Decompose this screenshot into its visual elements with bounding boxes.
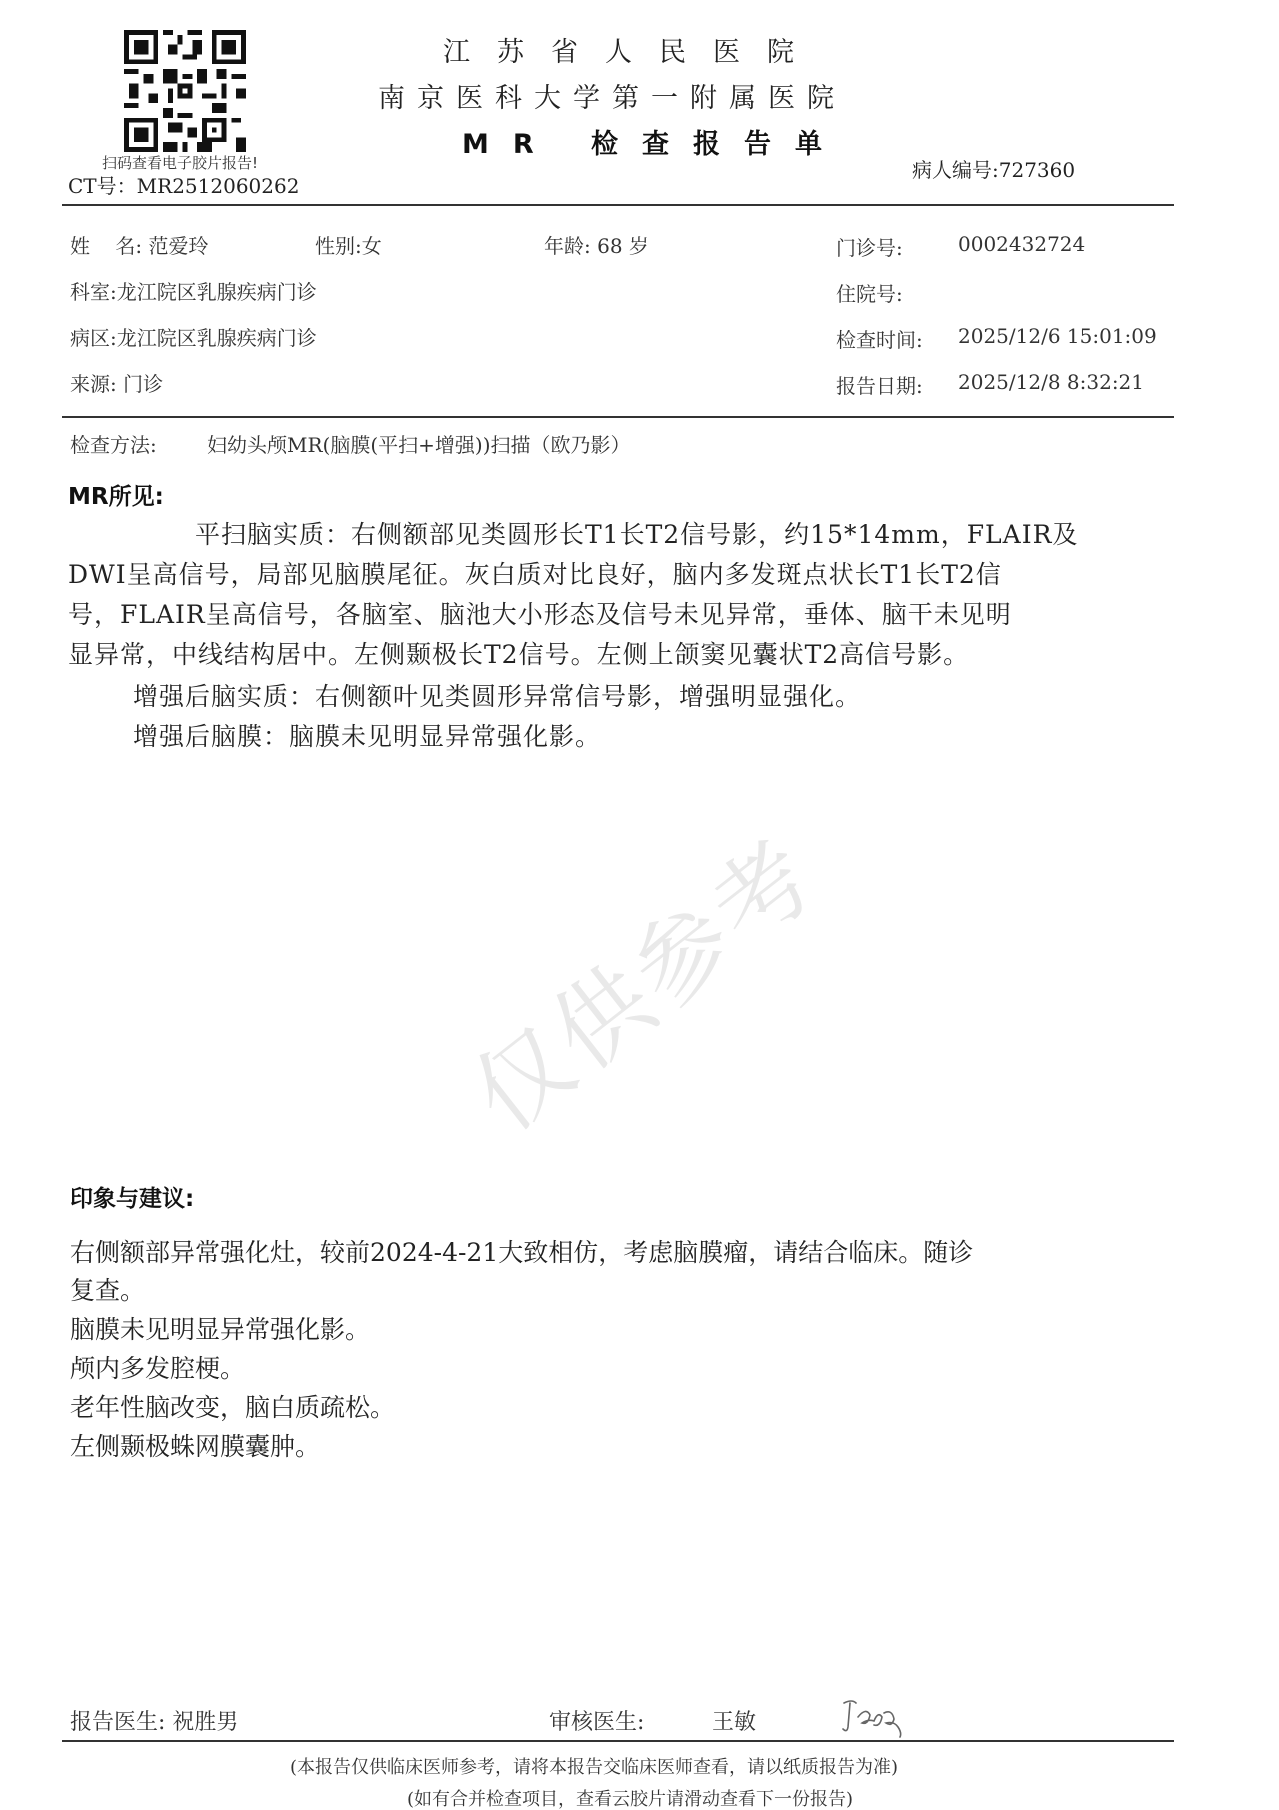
exam-time-label: 检查时间: <box>836 324 923 353</box>
findings-line: DWI呈高信号，局部见脑膜尾征。灰白质对比良好，脑内多发斑点状长T1长T2信 <box>68 555 1002 591</box>
footer-note-2: (如有合并检查项目，查看云胶片请滑动查看下一份报告) <box>407 1785 853 1810</box>
age-value: 68 岁 <box>597 234 649 258</box>
header-divider <box>62 204 1174 206</box>
signature-icon <box>838 1697 908 1739</box>
department-field: 科室:龙江院区乳腺疾病门诊 <box>70 276 317 305</box>
gender-value: 女 <box>362 234 382 258</box>
patient-name-label: 姓 名: <box>70 234 142 258</box>
impression-line: 颅内多发腔梗。 <box>70 1349 245 1385</box>
impression-heading: 印象与建议: <box>70 1180 194 1213</box>
findings-line: 显异常，中线结构居中。左侧颞极长T2信号。左侧上颌窦见囊状T2高信号影。 <box>68 635 969 671</box>
age-label: 年龄: <box>544 234 591 258</box>
findings-line: 增强后脑膜：脑膜未见明显异常强化影。 <box>133 717 601 753</box>
patient-id: 病人编号:727360 <box>912 154 1075 183</box>
source-value: 门诊 <box>123 372 163 396</box>
ct-number-value: MR2512060262 <box>137 174 300 198</box>
ct-number-label: CT号： <box>68 174 137 198</box>
source-label: 来源: <box>70 372 117 396</box>
patient-id-label: 病人编号: <box>912 158 999 182</box>
reporting-doctor: 报告医生: 祝胜男 <box>70 1705 238 1736</box>
department-value: 龙江院区乳腺疾病门诊 <box>117 280 317 304</box>
report-date-value: 2025/12/8 8:32:21 <box>958 370 1144 394</box>
patient-name-value: 范爱玲 <box>149 234 209 258</box>
qr-code-icon[interactable] <box>123 30 247 152</box>
footer-note-1: (本报告仅供临床医师参考，请将本报告交临床医师查看，请以纸质报告为准) <box>290 1753 898 1779</box>
inpatient-no-label: 住院号: <box>836 278 903 307</box>
outpatient-no-value: 0002432724 <box>958 232 1085 256</box>
reviewing-doctor-label: 审核医生: <box>549 1705 644 1736</box>
reviewing-doctor-name: 王敏 <box>712 1705 756 1736</box>
reporting-doctor-name: 祝胜男 <box>172 1710 238 1735</box>
impression-line: 左侧颞极蛛网膜囊肿。 <box>70 1427 320 1463</box>
impression-line: 右侧额部异常强化灶，较前2024-4-21大致相仿，考虑脑膜瘤，请结合临床。随诊 <box>70 1233 973 1269</box>
exam-method-value: 妇幼头颅MR(脑膜(平扫+增强))扫描（欧乃影） <box>207 429 631 458</box>
findings-line: 增强后脑实质：右侧额叶见类圆形异常信号影，增强明显强化。 <box>133 677 861 713</box>
footer-divider <box>62 1740 1174 1742</box>
exam-time-value: 2025/12/6 15:01:09 <box>958 324 1157 348</box>
department-label: 科室: <box>70 280 117 304</box>
report-title: MR 检查报告单 <box>462 122 846 161</box>
impression-line: 复查。 <box>70 1271 145 1307</box>
source-field: 来源: 门诊 <box>70 368 163 397</box>
ward-value: 龙江院区乳腺疾病门诊 <box>117 326 317 350</box>
patient-name-field: 姓 名: 范爱玲 <box>70 230 209 259</box>
hospital-subname: 南京医科大学第一附属医院 <box>378 76 846 115</box>
outpatient-no-label: 门诊号: <box>836 232 903 261</box>
hospital-name: 江苏省人民医院 <box>443 30 821 69</box>
ct-number: CT号：MR2512060262 <box>68 170 299 199</box>
age-field: 年龄: 68 岁 <box>544 230 649 259</box>
info-divider <box>62 416 1174 418</box>
impression-line: 老年性脑改变，脑白质疏松。 <box>70 1388 395 1424</box>
gender-field: 性别:女 <box>315 230 382 259</box>
findings-heading: MR所见: <box>68 478 164 511</box>
ward-field: 病区:龙江院区乳腺疾病门诊 <box>70 322 317 351</box>
exam-method-label: 检查方法: <box>70 429 157 458</box>
ward-label: 病区: <box>70 326 117 350</box>
findings-line: 号，FLAIR呈高信号，各脑室、脑池大小形态及信号未见异常，垂体、脑干未见明 <box>68 595 1012 631</box>
findings-line: 平扫脑实质：右侧额部见类圆形长T1长T2信号影，约15*14mm，FLAIR及 <box>195 515 1078 551</box>
gender-label: 性别: <box>315 234 362 258</box>
watermark: 仅供参考 <box>440 801 842 1157</box>
reporting-doctor-label: 报告医生: <box>70 1710 165 1735</box>
report-date-label: 报告日期: <box>836 370 923 399</box>
impression-line: 脑膜未见明显异常强化影。 <box>70 1310 370 1346</box>
patient-id-value: 727360 <box>999 158 1075 182</box>
